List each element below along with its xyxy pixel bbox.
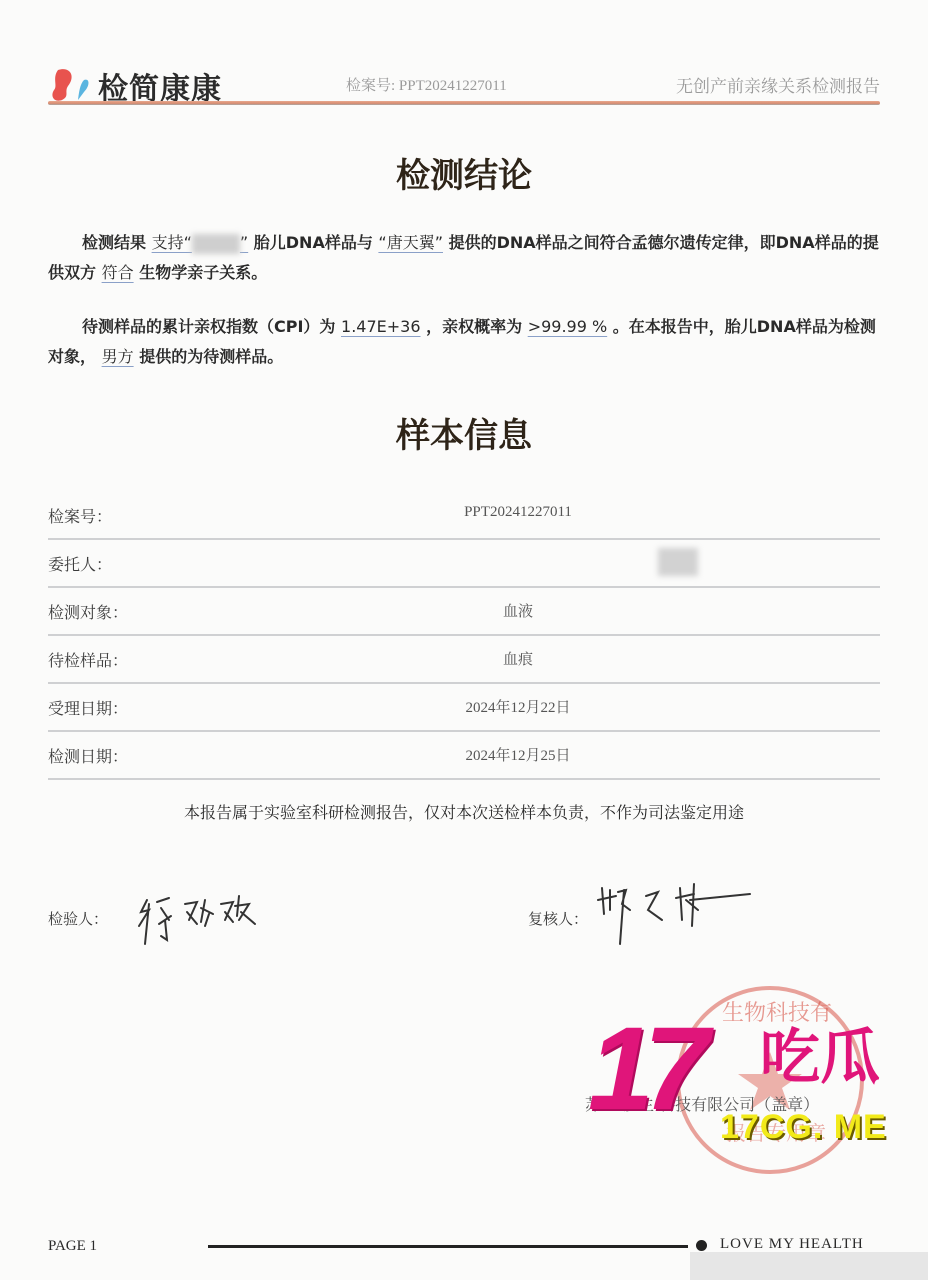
watermark-url: 17CG. ME <box>720 1110 887 1144</box>
tested-party: 男方 <box>102 347 134 366</box>
footer-divider <box>208 1245 688 1248</box>
row-value: 血痕 <box>318 648 718 669</box>
report-type: 无创产前亲缘关系检测报告 <box>676 72 880 97</box>
reviewer-label: 复核人： <box>528 908 588 929</box>
probability-value: >99.99 % <box>528 317 608 336</box>
watermark-number: 17 <box>588 1010 699 1128</box>
table-row: 检测对象： 血液 <box>48 588 880 636</box>
row-label: 检案号： <box>48 504 112 527</box>
sample-info-title: 样本信息 <box>0 408 928 457</box>
row-label: 待检样品： <box>48 648 128 671</box>
disclaimer-text: 本报告属于实验室科研检测报告，仅对本次送检样本负责，不作为司法鉴定用途 <box>0 800 928 823</box>
result-prefix: 检测结果 <box>82 233 146 252</box>
row-value: PPT20241227011 <box>318 504 718 521</box>
cpi-value: 1.47E+36 <box>341 317 421 336</box>
brand-logo-icon <box>48 66 98 106</box>
header-divider <box>48 101 880 105</box>
inspector-signature-icon <box>135 880 275 950</box>
page-number: PAGE 1 <box>48 1238 97 1255</box>
footer-tagline: LOVE MY HEALTH <box>720 1236 864 1248</box>
header-case-number: 检案号: PPT20241227011 <box>346 74 507 95</box>
row-label: 检测对象： <box>48 600 128 623</box>
sample-info-table: 检案号： PPT20241227011 委托人： 检测对象： 血液 待检样品： … <box>48 492 880 780</box>
row-label: 委托人： <box>48 552 112 575</box>
footer-overlay <box>690 1252 928 1280</box>
table-row: 委托人： <box>48 540 880 588</box>
table-row: 检测日期： 2024年12月25日 <box>48 732 880 780</box>
conclusion-paragraph-2: 待测样品的累计亲权指数（CPI）为 1.47E+36 ，亲权概率为 >99.99… <box>48 312 882 372</box>
redacted-name <box>192 234 240 254</box>
redacted-client-name <box>658 548 698 576</box>
support-underline: 支持“” <box>152 233 249 252</box>
bullet-icon <box>696 1240 707 1251</box>
reviewer-signature-icon <box>590 870 760 950</box>
match-result: 符合 <box>102 263 134 282</box>
conclusion-paragraph-1: 检测结果 支持“” 胎儿DNA样品与 “唐天翼” 提供的DNA样品之间符合孟德尔… <box>48 228 882 288</box>
table-row: 待检样品： 血痕 <box>48 636 880 684</box>
row-value: 2024年12月22日 <box>318 696 718 717</box>
inspector-label: 检验人： <box>48 908 108 929</box>
row-label: 检测日期： <box>48 744 128 767</box>
father-name: “唐天翼” <box>378 233 443 252</box>
row-value: 2024年12月25日 <box>318 744 718 765</box>
table-row: 检案号： PPT20241227011 <box>48 492 880 540</box>
watermark-text: 吃瓜 <box>760 1028 880 1088</box>
table-row: 受理日期： 2024年12月22日 <box>48 684 880 732</box>
row-label: 受理日期： <box>48 696 128 719</box>
conclusion-title: 检测结论 <box>0 148 928 197</box>
row-value: 血液 <box>318 600 718 621</box>
